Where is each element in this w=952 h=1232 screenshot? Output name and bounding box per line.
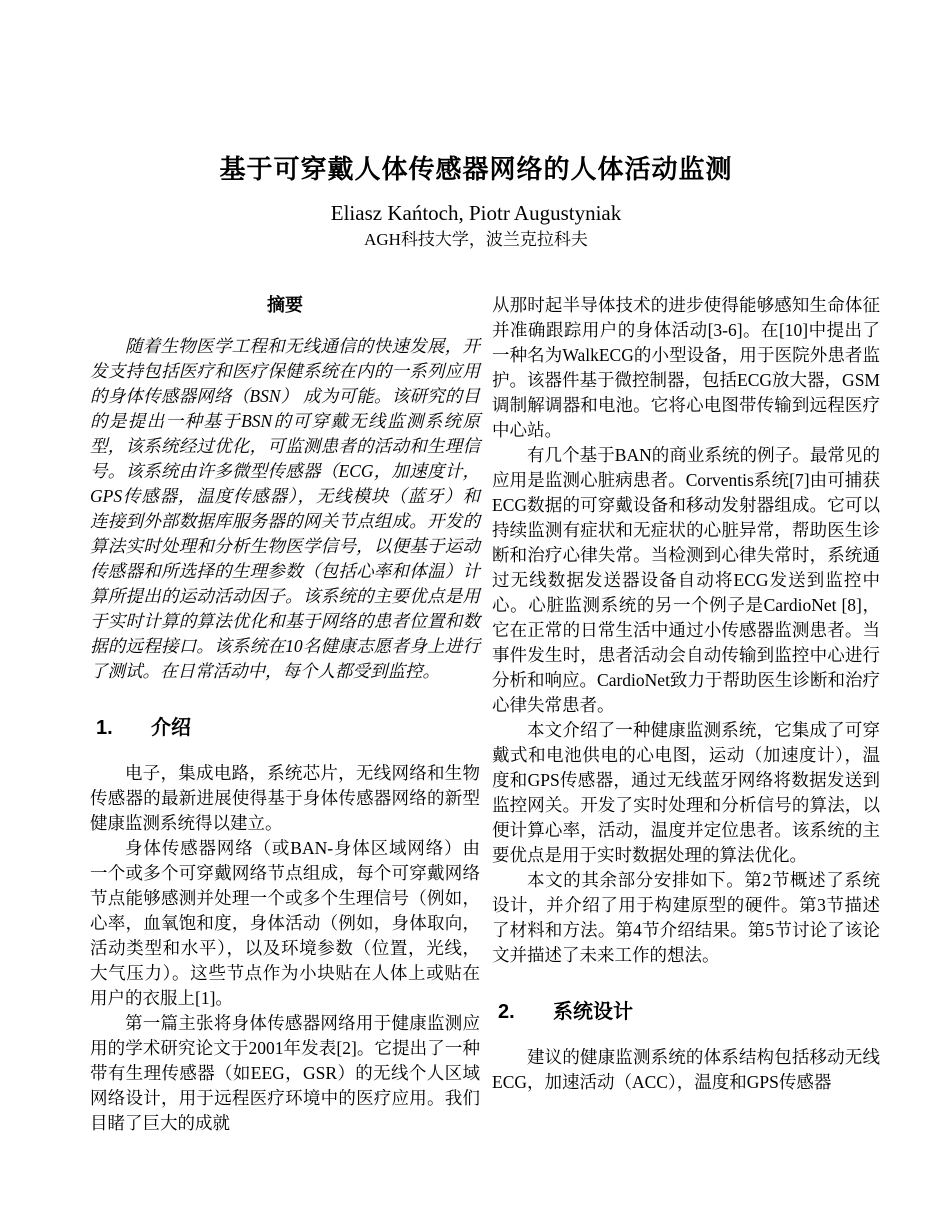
section-2-number: 2. (498, 1000, 553, 1025)
section-1-paragraph: 第一篇主张将身体传感器网络用于健康监测应用的学术研究论文于2001年发表[2]。… (90, 1011, 480, 1136)
paper-page: 基于可穿戴人体传感器网络的人体活动监测 Eliasz Kańtoch, Piot… (0, 0, 952, 1232)
section-1-title: 介绍 (151, 717, 191, 739)
section-2-paragraph: 建议的健康监测系统的体系结构包括移动无线ECG，加速活动（ACC），温度和GPS… (492, 1045, 880, 1095)
abstract-text: 随着生物医学工程和无线通信的快速发展，开发支持包括医疗和医疗保健系统在内的一系列… (90, 334, 480, 684)
section-1-heading: 1.介绍 (96, 716, 480, 741)
section-1-paragraph: 电子，集成电路，系统芯片，无线网络和生物传感器的最新进展使得基于身体传感器网络的… (90, 761, 480, 836)
section-2-title: 系统设计 (553, 1001, 633, 1023)
section-1-paragraph: 身体传感器网络（或BAN-身体区域网络）由一个或多个可穿戴网络节点组成，每个可穿… (90, 836, 480, 1011)
body-paragraph: 本文介绍了一种健康监测系统，它集成了可穿戴式和电池供电的心电图，运动（加速度计）… (492, 718, 880, 868)
abstract-heading: 摘要 (90, 293, 480, 318)
left-column: 摘要 随着生物医学工程和无线通信的快速发展，开发支持包括医疗和医疗保健系统在内的… (90, 293, 480, 1136)
continuation-paragraph: 从那时起半导体技术的进步使得能够感知生命体征并准确跟踪用户的身体活动[3-6]。… (492, 293, 880, 443)
right-column: 从那时起半导体技术的进步使得能够感知生命体征并准确跟踪用户的身体活动[3-6]。… (492, 293, 880, 1095)
paper-affiliation: AGH科技大学，波兰克拉科夫 (0, 229, 952, 251)
paper-authors: Eliasz Kańtoch, Piotr Augustyniak (0, 200, 952, 226)
title-block: 基于可穿戴人体传感器网络的人体活动监测 Eliasz Kańtoch, Piot… (0, 152, 952, 251)
section-1-number: 1. (96, 716, 151, 741)
body-paragraph: 本文的其余部分安排如下。第2节概述了系统设计，并介绍了用于构建原型的硬件。第3节… (492, 868, 880, 968)
body-paragraph: 有几个基于BAN的商业系统的例子。最常见的应用是监测心脏病患者。Corventi… (492, 443, 880, 718)
paper-title: 基于可穿戴人体传感器网络的人体活动监测 (0, 152, 952, 186)
section-2-heading: 2.系统设计 (498, 1000, 880, 1025)
